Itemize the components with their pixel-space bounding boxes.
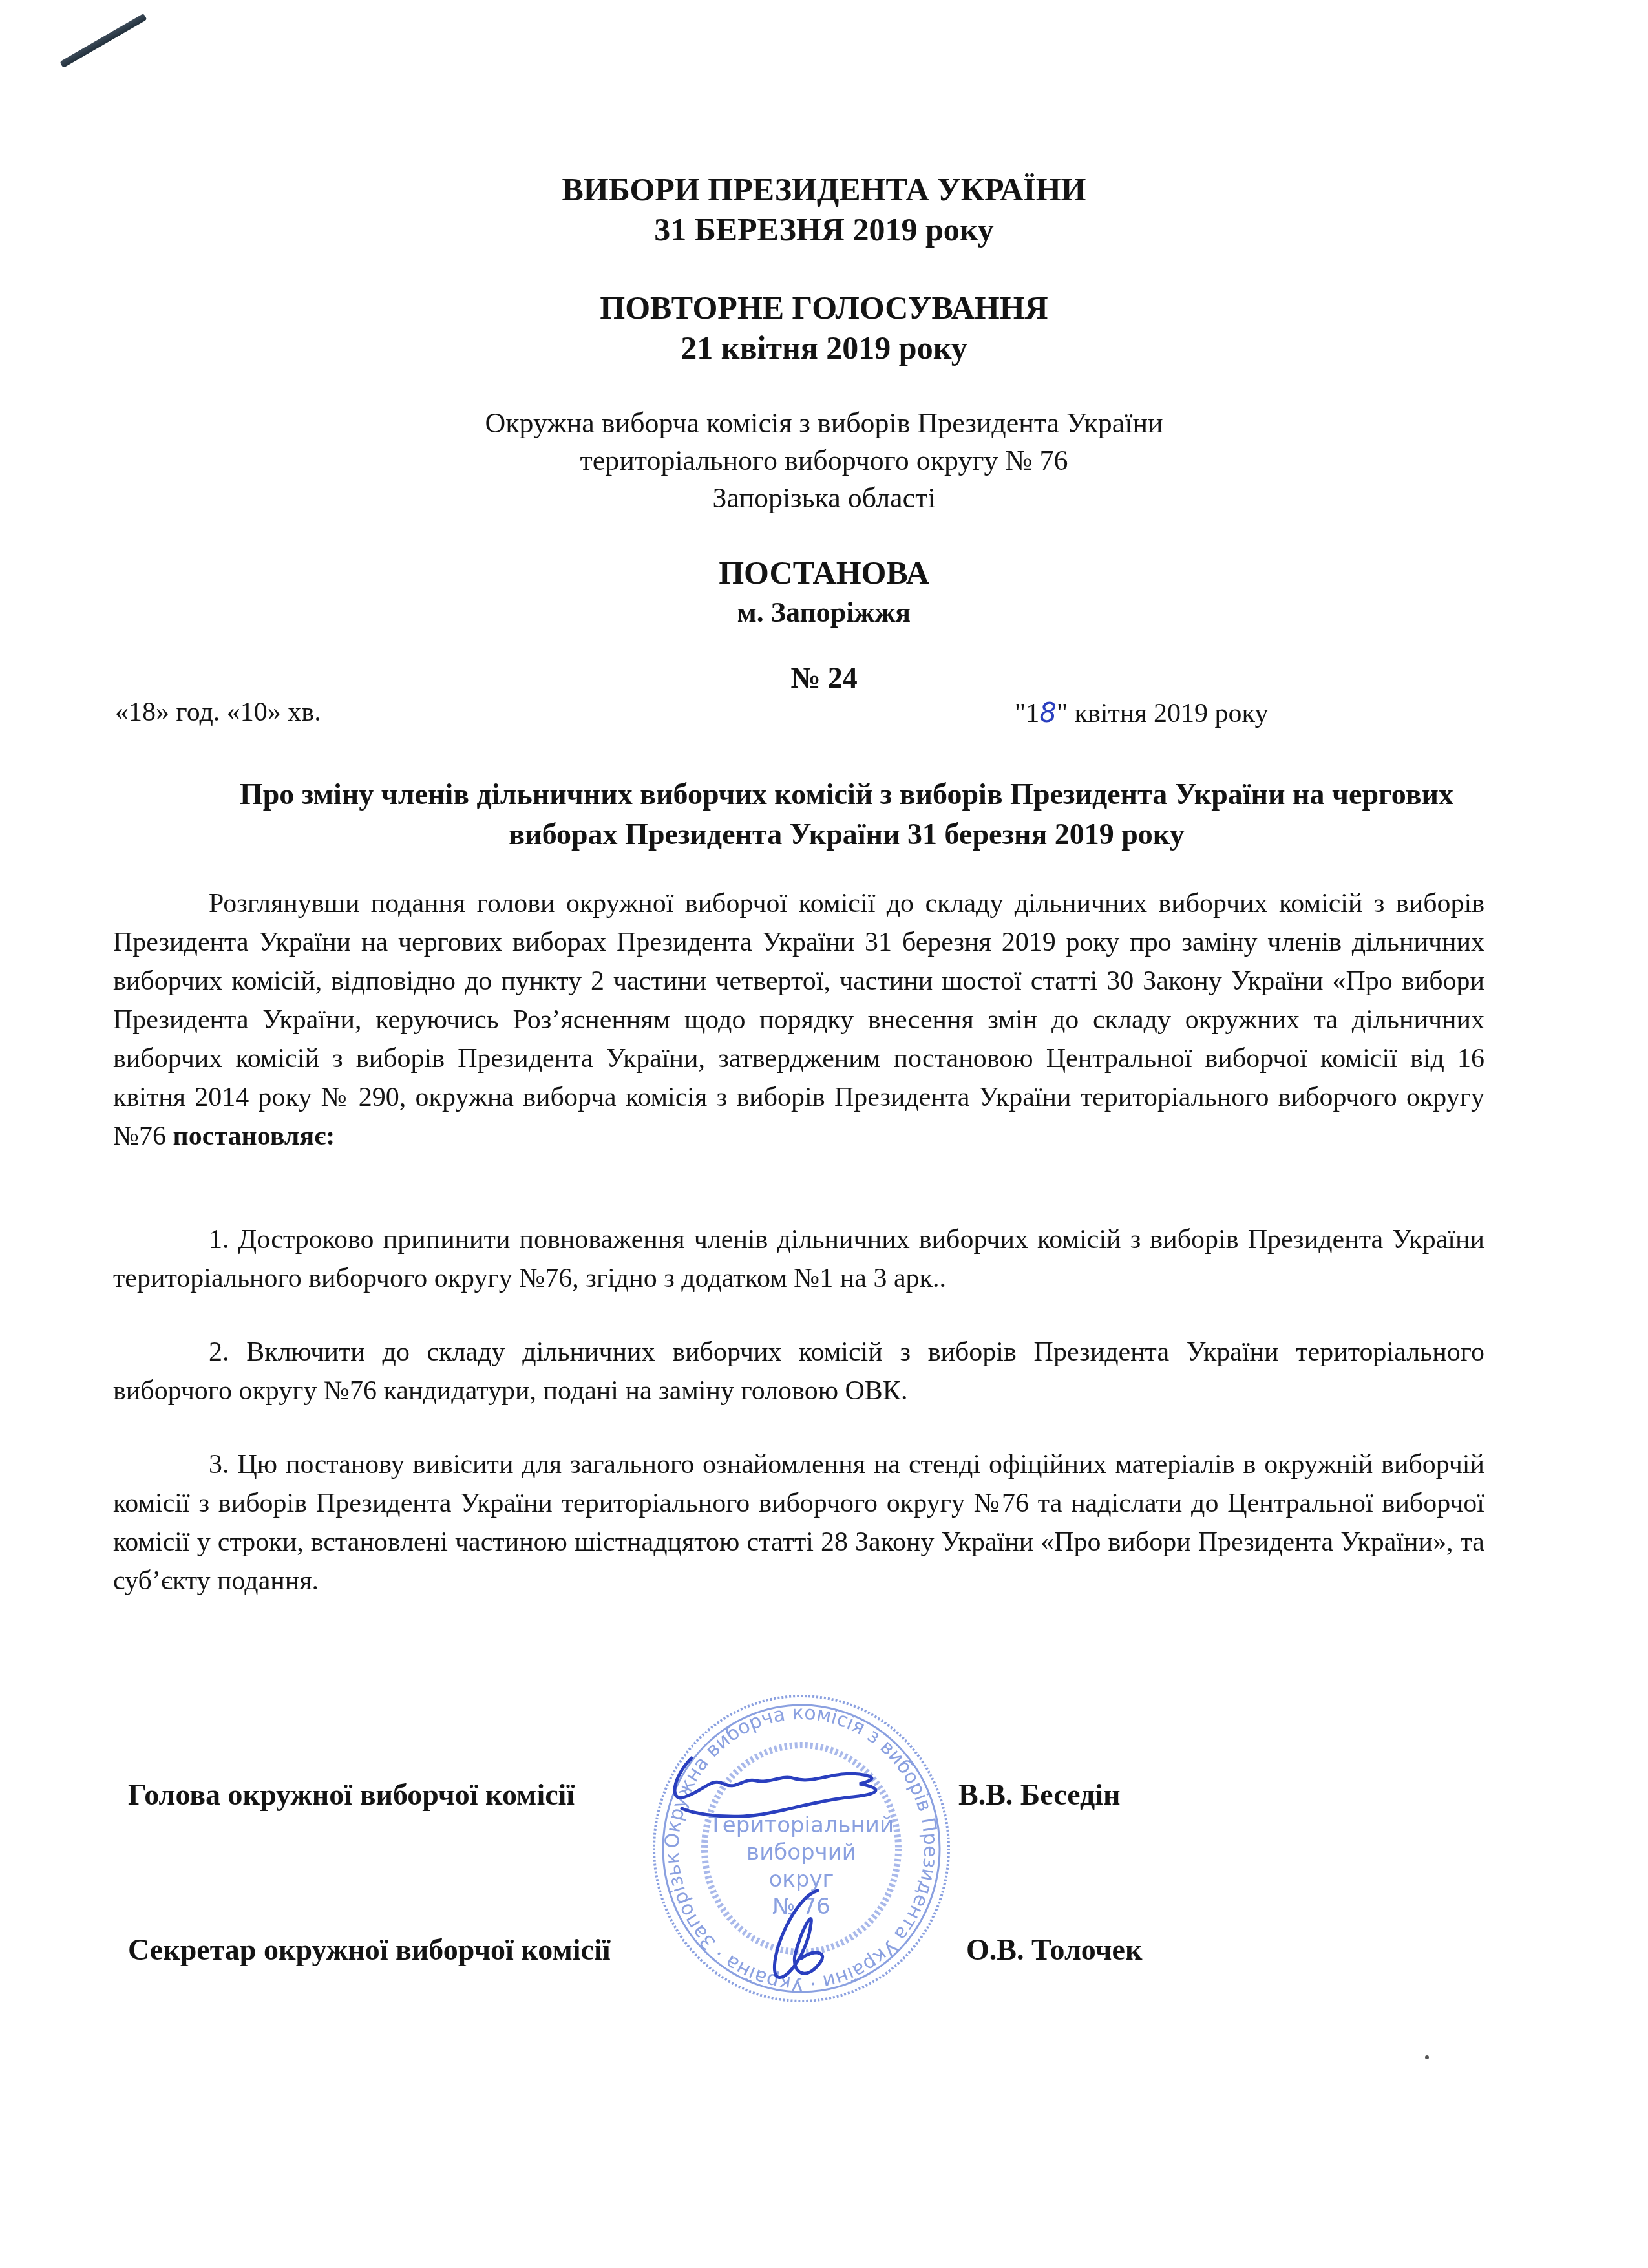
- chair-signature: [666, 1739, 905, 1829]
- resolution-item-3: 3. Цю постанову вивісити для загального …: [113, 1445, 1484, 1600]
- organization-line3: Запорізька області: [0, 480, 1648, 517]
- chair-role: Голова окружної виборчої комісії: [128, 1777, 575, 1812]
- doc-type: ПОСТАНОВА: [0, 553, 1648, 593]
- resolution-item-2: 2. Включити до складу дільничних виборчи…: [113, 1333, 1484, 1410]
- election-date: 31 БЕРЕЗНЯ 2019 року: [0, 209, 1648, 249]
- organization-line2: територіального виборчого округу № 76: [0, 442, 1648, 480]
- election-header: ВИБОРИ ПРЕЗИДЕНТА УКРАЇНИ 31 БЕРЕЗНЯ 201…: [0, 169, 1648, 249]
- subject-title: Про зміну членів дільничних виборчих ком…: [239, 774, 1454, 854]
- intro-paragraph: Розглянувши подання голови окружної вибо…: [113, 884, 1484, 1156]
- chair-name: В.В. Беседін: [958, 1777, 1121, 1812]
- secretary-name: О.В. Толочек: [966, 1933, 1142, 1967]
- doc-number: № 24: [0, 661, 1648, 695]
- secretary-role: Секретар окружної виборчої комісії: [128, 1933, 610, 1967]
- stamp-line2: виборчий: [746, 1839, 856, 1865]
- doc-time: «18» год. «10» хв.: [115, 697, 321, 728]
- city: м. Запоріжжя: [0, 593, 1648, 633]
- organization-line1: Окружна виборча комісія з виборів Презид…: [0, 405, 1648, 442]
- runoff-header: ПОВТОРНЕ ГОЛОСУВАННЯ 21 квітня 2019 року: [0, 288, 1648, 368]
- secretary-signature: [756, 1884, 847, 1987]
- staple-mark: [59, 14, 147, 69]
- runoff-date: 21 квітня 2019 року: [0, 328, 1648, 368]
- election-title: ВИБОРИ ПРЕЗИДЕНТА УКРАЇНИ: [0, 169, 1648, 209]
- doc-type-block: ПОСТАНОВА м. Запоріжжя: [0, 553, 1648, 633]
- decree-word: постановляє:: [173, 1121, 335, 1151]
- resolution-item-1: 1. Достроково припинити повноваження чле…: [113, 1220, 1484, 1298]
- scan-speck: [1425, 2055, 1429, 2059]
- doc-date: "18" квітня 2019 року: [1015, 697, 1268, 729]
- runoff-title: ПОВТОРНЕ ГОЛОСУВАННЯ: [0, 288, 1648, 328]
- handwritten-digit: 8: [1039, 697, 1057, 728]
- organization-block: Окружна виборча комісія з виборів Презид…: [0, 405, 1648, 517]
